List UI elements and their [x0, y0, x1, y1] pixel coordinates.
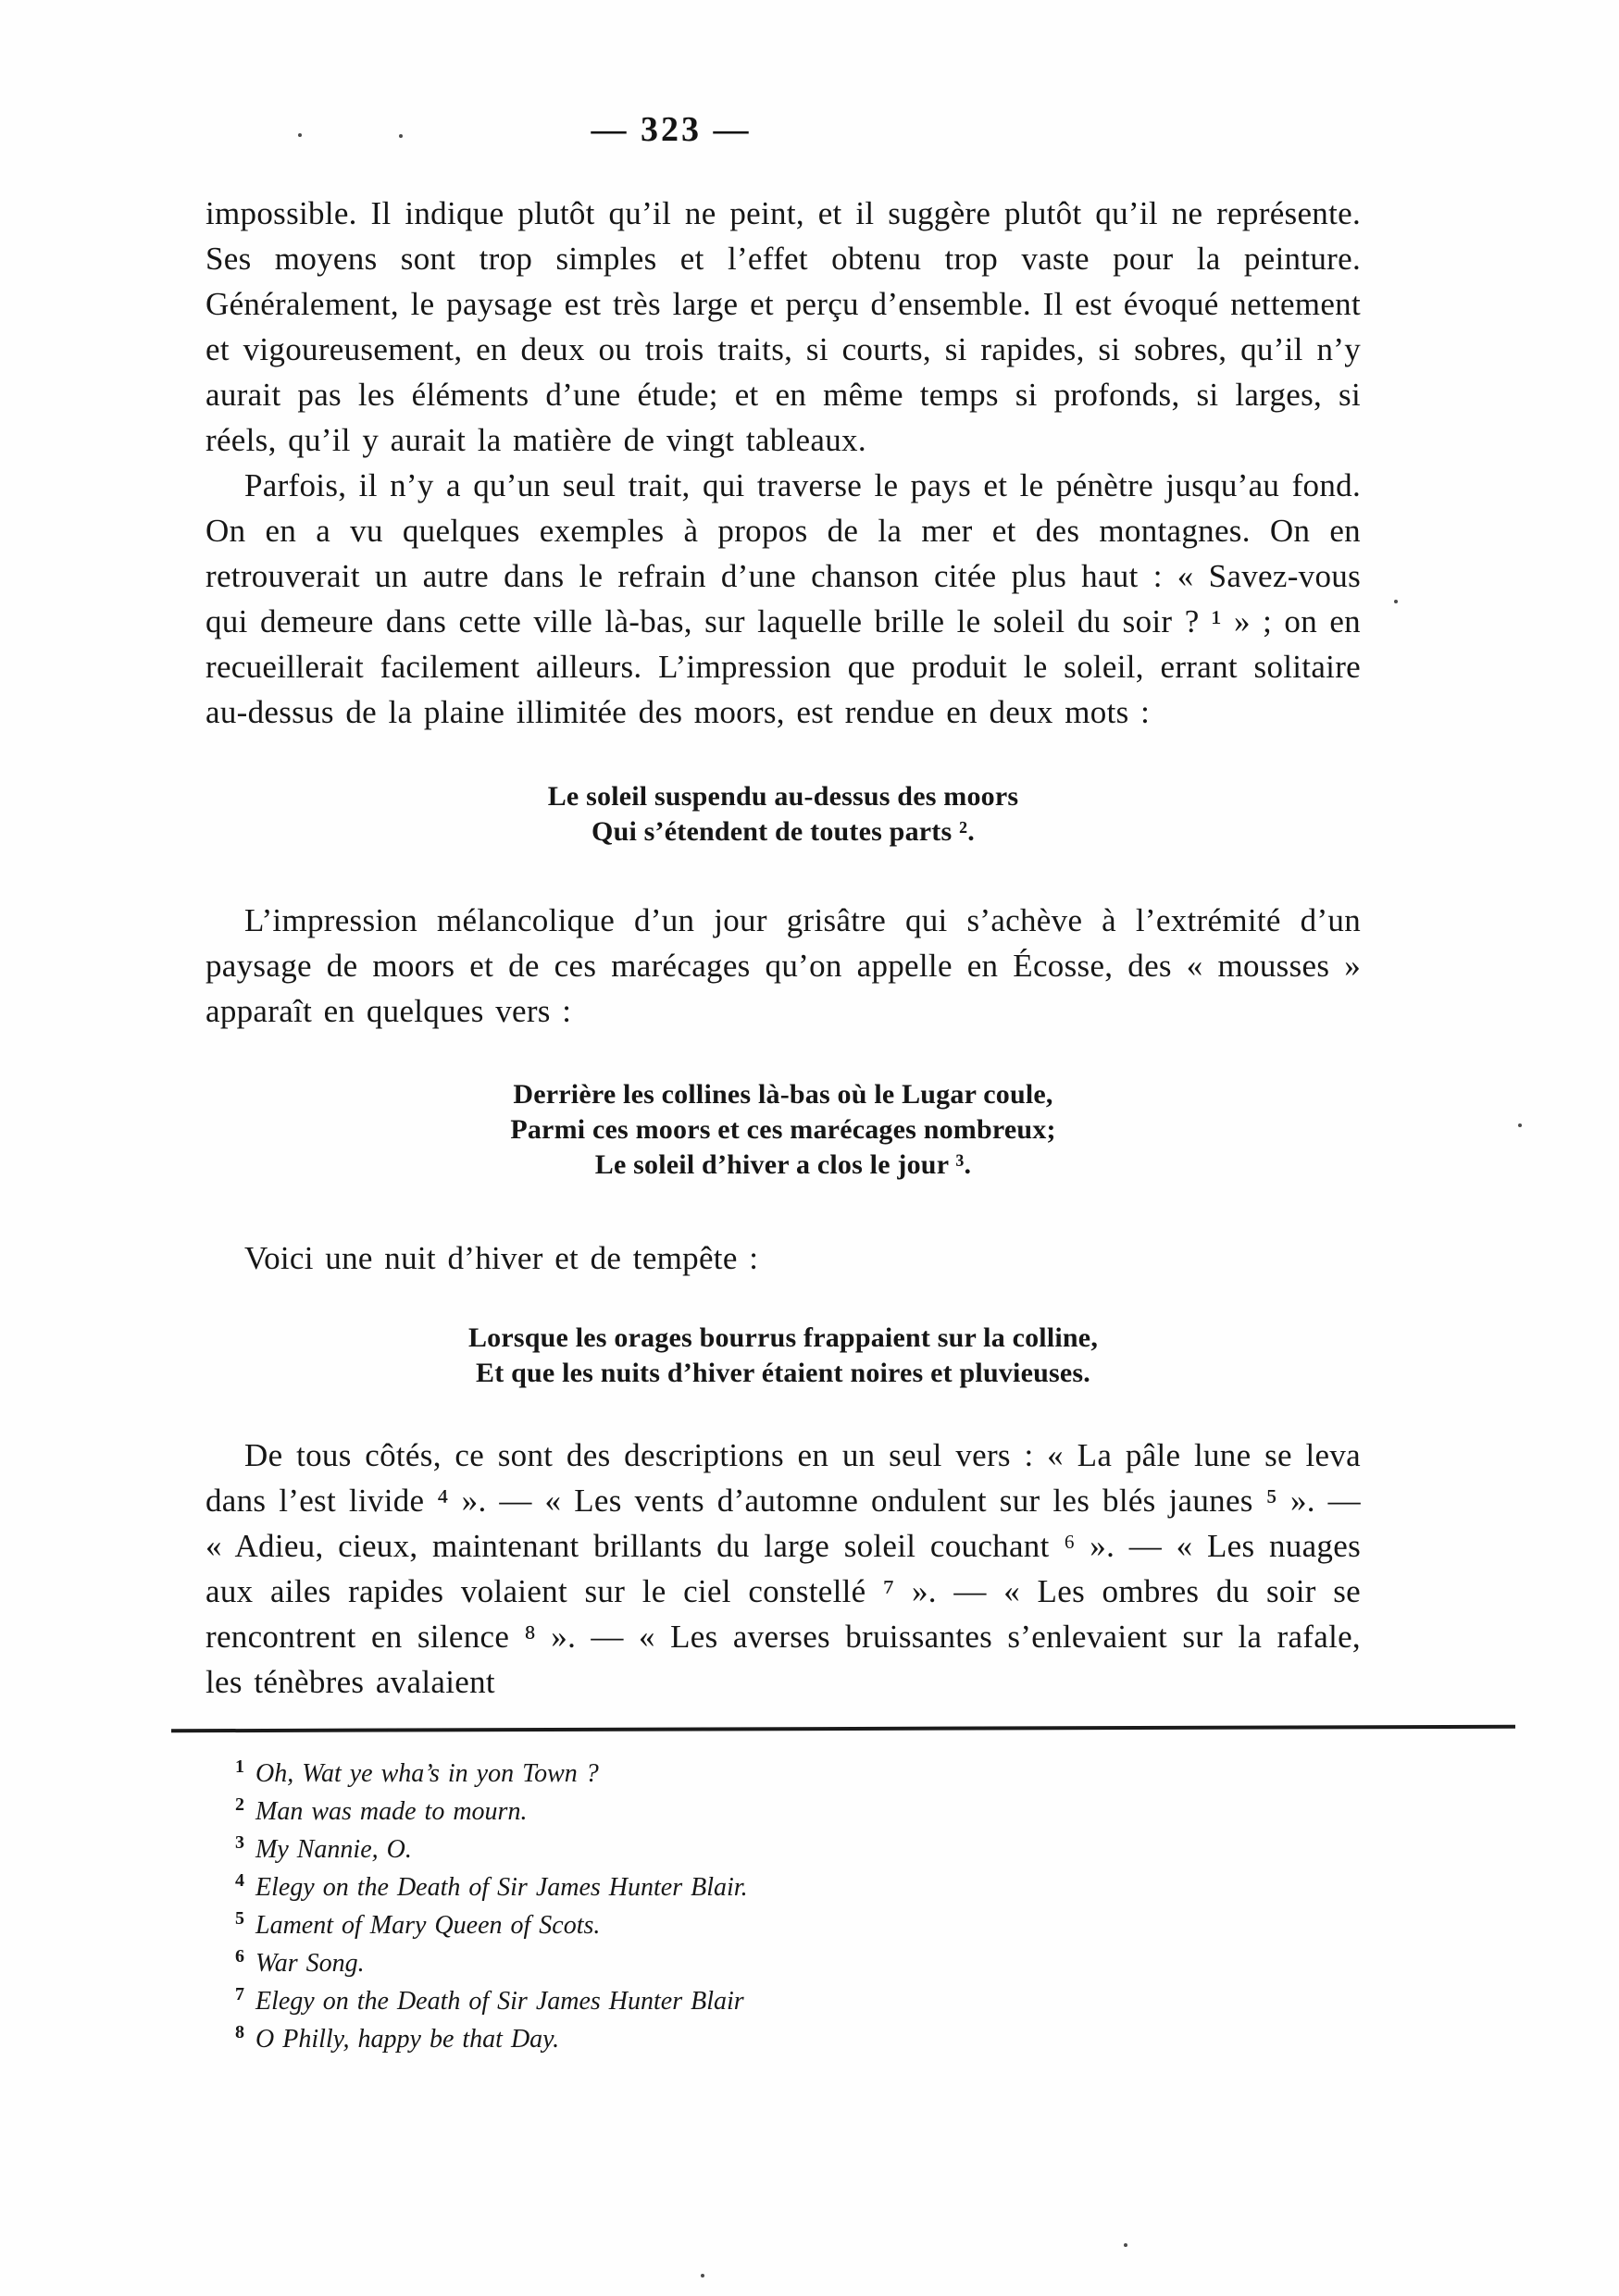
- paragraph-1: impossible. Il indique plutôt qu’il ne p…: [205, 191, 1361, 463]
- footnote-item: 4Elegy on the Death of Sir James Hunter …: [235, 1868, 1361, 1906]
- footnote-text: Lament of Mary Queen of Scots.: [255, 1911, 600, 1940]
- verse-quote-2: Derrière les collines là-bas où le Lugar…: [205, 1077, 1361, 1183]
- footnote-text: Oh, Wat ye wha’s in yon Town ?: [255, 1759, 599, 1788]
- footnote-number: 8: [235, 2022, 244, 2042]
- verse-line: Le soleil suspendu au-dessus des moors: [205, 779, 1361, 814]
- page-content: impossible. Il indique plutôt qu’il ne p…: [205, 191, 1361, 2058]
- paragraph-4: Voici une nuit d’hiver et de tempête :: [205, 1235, 1361, 1281]
- verse-quote-3: Lorsque les orages bourrus frappaient su…: [205, 1321, 1361, 1391]
- footnote-item: 6War Song.: [235, 1944, 1361, 1982]
- footnote-text: Elegy on the Death of Sir James Hunter B…: [255, 1987, 744, 2016]
- verse-line: Qui s’étendent de toutes parts ².: [205, 814, 1361, 850]
- scan-speckle: [701, 2274, 704, 2277]
- footnote-text: Man was made to mourn.: [255, 1797, 527, 1826]
- footnote-item: 1Oh, Wat ye wha’s in yon Town ?: [235, 1755, 1361, 1793]
- verse-line: Lorsque les orages bourrus frappaient su…: [205, 1321, 1361, 1356]
- footnote-number: 1: [235, 1756, 244, 1777]
- verse-line: Parmi ces moors et ces marécages nombreu…: [205, 1112, 1361, 1148]
- footnote-number: 4: [235, 1870, 244, 1891]
- footnote-text: Elegy on the Death of Sir James Hunter B…: [255, 1873, 748, 1902]
- footnote-text: War Song.: [255, 1949, 365, 1978]
- paragraph-3: L’impression mélancolique d’un jour gris…: [205, 898, 1361, 1034]
- paragraph-5: De tous côtés, ce sont des descriptions …: [205, 1433, 1361, 1705]
- footnote-item: 8O Philly, happy be that Day.: [235, 2020, 1361, 2058]
- page-number: — 323 —: [0, 109, 1342, 150]
- book-page: — 323 — impossible. Il indique plutôt qu…: [0, 0, 1619, 2296]
- footnote-separator: [171, 1725, 1515, 1733]
- footnote-number: 5: [235, 1908, 244, 1929]
- scan-speckle: [1124, 2243, 1127, 2247]
- footnote-number: 3: [235, 1832, 244, 1853]
- footnote-text: O Philly, happy be that Day.: [255, 2025, 559, 2054]
- verse-line: Et que les nuits d’hiver étaient noires …: [205, 1356, 1361, 1391]
- verse-quote-1: Le soleil suspendu au-dessus des moors Q…: [205, 779, 1361, 850]
- footnote-list: 1Oh, Wat ye wha’s in yon Town ? 2Man was…: [205, 1755, 1361, 2058]
- footnote-item: 3My Nannie, O.: [235, 1831, 1361, 1868]
- scan-speckle: [1394, 600, 1398, 603]
- footnote-item: 2Man was made to mourn.: [235, 1793, 1361, 1831]
- footnote-item: 7Elegy on the Death of Sir James Hunter …: [235, 1982, 1361, 2020]
- footnote-number: 2: [235, 1794, 244, 1815]
- verse-line: Le soleil d’hiver a clos le jour ³.: [205, 1148, 1361, 1183]
- footnote-number: 7: [235, 1984, 244, 2004]
- scan-speckle: [1518, 1123, 1522, 1127]
- footnote-item: 5Lament of Mary Queen of Scots.: [235, 1906, 1361, 1944]
- paragraph-2: Parfois, il n’y a qu’un seul trait, qui …: [205, 463, 1361, 735]
- footnote-text: My Nannie, O.: [255, 1835, 412, 1864]
- footnote-number: 6: [235, 1946, 244, 1967]
- verse-line: Derrière les collines là-bas où le Lugar…: [205, 1077, 1361, 1112]
